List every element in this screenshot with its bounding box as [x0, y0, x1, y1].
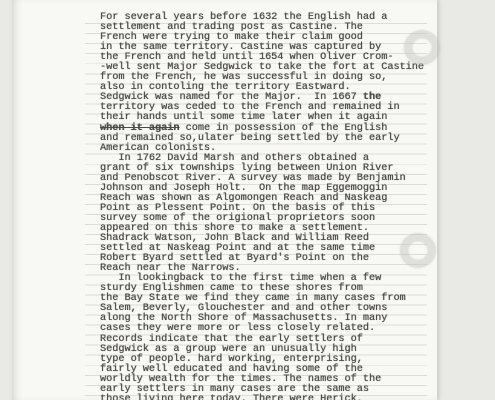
hole-reinforcement-ring: [400, 233, 436, 268]
paper-sheet: For several years before 1632 the Englis…: [12, 0, 437, 400]
typed-text: For several years before 1632 the Englis…: [100, 13, 448, 400]
text-segment: those living here today. There were Heri…: [100, 394, 363, 400]
typed-line: those living here today. There were Heri…: [100, 395, 448, 400]
hole-reinforcement-ring: [404, 30, 440, 65]
scanned-document: For several years before 1632 the Englis…: [0, 0, 495, 400]
